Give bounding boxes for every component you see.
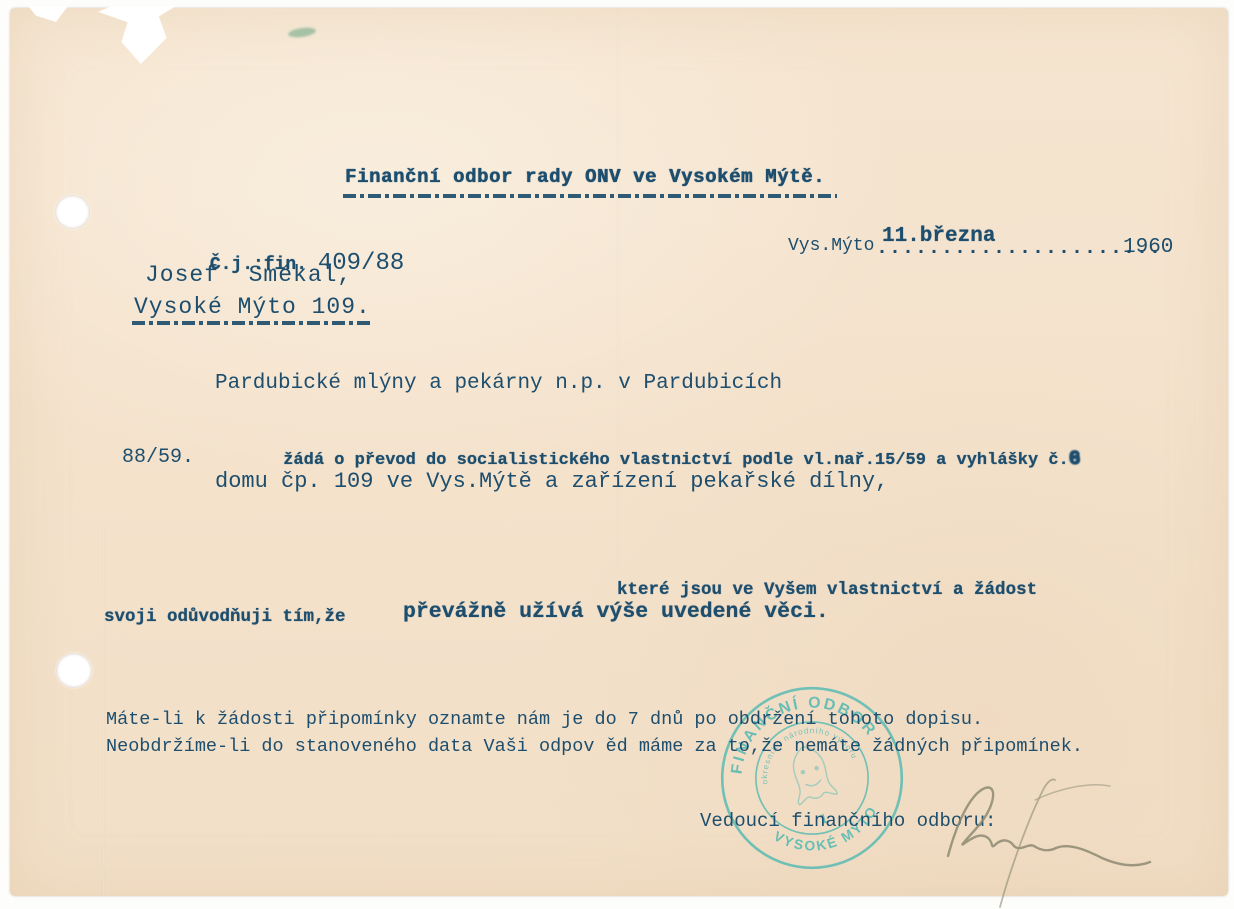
recipient-address: Vysoké Mýto 109. <box>134 294 371 320</box>
object-line: domu čp. 109 ve Vys.Mýtě a zařízení peka… <box>215 469 888 494</box>
margin-correction: 88/59. <box>122 446 194 469</box>
reason-prefix: svoji odůvodňuji tím,že <box>104 607 346 627</box>
overstruck-number: 60 <box>1069 448 1081 471</box>
handwritten-signature <box>930 755 1180 909</box>
request-text: žádá o převod do socialistického vlastni… <box>283 451 1069 470</box>
dateline-place: Vys.Mýto <box>788 236 874 257</box>
letterhead-underline <box>343 194 837 198</box>
punch-hole-top <box>55 195 90 229</box>
official-stamp: FINANČNÍ ODBOR VYSOKÉ MÝTO okresního nár… <box>686 652 938 904</box>
recipient-name: Josef Smékal, <box>145 262 352 288</box>
reason-main: převážně užívá výše uvedené věci. <box>403 600 829 625</box>
punch-hole-bottom <box>56 653 92 688</box>
recipient-underline <box>132 321 370 325</box>
dateline-year: 1960 <box>1123 236 1173 260</box>
paper-sheet: FINANČNÍ ODBOR VYSOKÉ MÝTO okresního nár… <box>10 8 1228 896</box>
notice-line-1: Máte-li k žádosti připomínky oznamte nám… <box>106 709 983 730</box>
insert-line: které jsou ve Vyšem vlastnictví a žádost <box>617 580 1037 600</box>
paper-nick-top-left <box>28 6 68 22</box>
fold-crease-left <box>102 528 105 896</box>
letterhead-title: Finanční odbor rady ONV ve Vysokém Mýtě. <box>345 167 825 189</box>
dateline-date: ...................... 11.března <box>876 237 1162 260</box>
paper-tear-top <box>98 6 176 64</box>
dateline-typed-date: 11.března <box>882 225 995 249</box>
ink-smudge <box>288 26 317 39</box>
scanned-letter: FINANČNÍ ODBOR VYSOKÉ MÝTO okresního nár… <box>0 0 1234 909</box>
applicant-line: Pardubické mlýny a pekárny n.p. v Pardub… <box>215 372 782 396</box>
